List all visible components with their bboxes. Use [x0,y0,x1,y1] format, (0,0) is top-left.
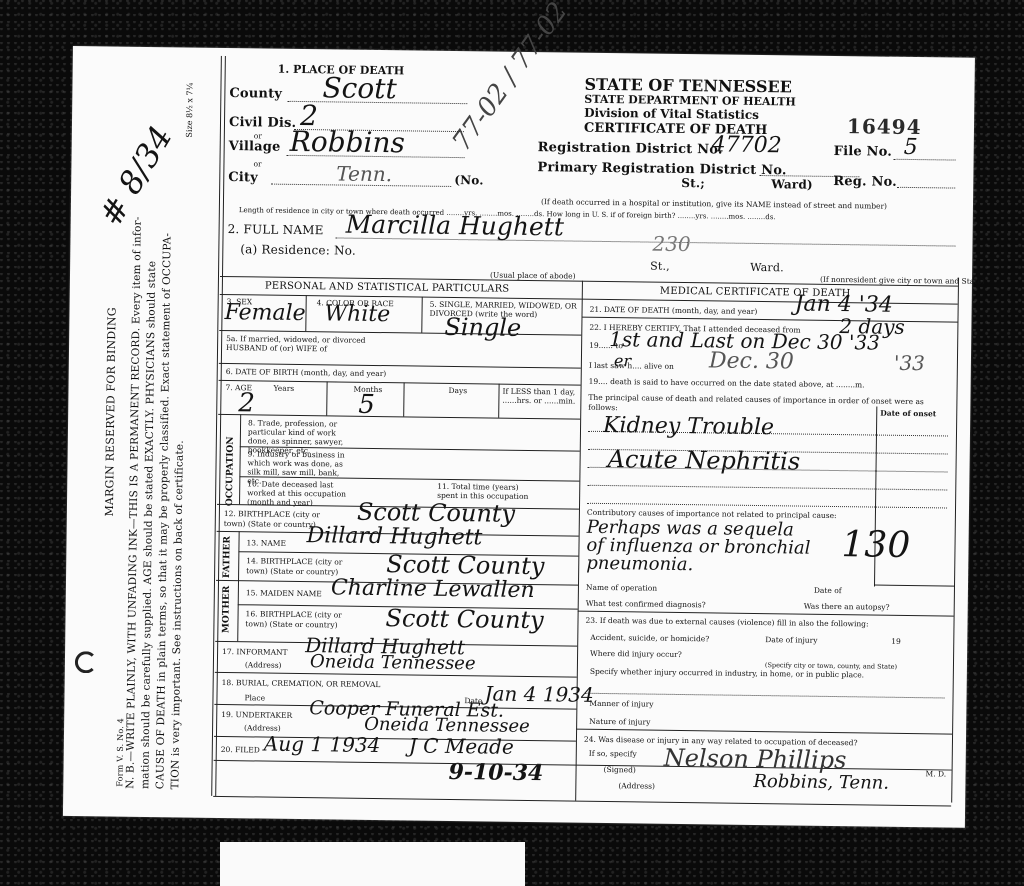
or-label: or [253,159,261,168]
filed-registrar: J C Meade [409,733,514,758]
residence-label: (a) Residence: No. [240,242,356,258]
father-name-value: Dillard Hughett [306,523,482,550]
informant-label: 17. INFORMANT [222,647,288,657]
reg-no-line [897,187,955,189]
divider [403,382,404,416]
injury-year-label: 19 [891,637,901,646]
divider [305,295,306,331]
filed-value: Aug 1 1934 [264,732,381,758]
city-value: Tenn. [336,161,392,186]
date-of-onset-label: Date of onset [880,409,936,419]
father-side-label: FATHER [222,536,233,578]
last-saw-year: '33 [894,351,925,375]
sex-value: Female [224,300,305,326]
file-no-value: 5 [904,135,918,160]
divider [326,381,327,415]
hospital-note: (If death occurred in a hospital or inst… [541,197,887,211]
physician-signature: Nelson Phillips [664,744,847,774]
burial-label: 18. BURIAL, CREMATION, OR REMOVAL [222,678,381,689]
signed-label: (Signed) [604,765,636,774]
full-name-label: 2. FULL NAME [228,222,324,237]
last-saw-label: I last saw h.... alive on [589,361,674,371]
mother-maiden-value: Charline Lewallen [331,575,535,603]
father-name-label: 13. NAME [246,538,286,548]
days-label: Days [448,386,467,395]
last-saw-gender: er [614,351,631,370]
mother-birthplace-label: 16. BIRTHPLACE (city or town) (State or … [245,609,355,630]
residence-ward-label: Ward. [750,261,784,274]
village-value: Robbins [290,125,406,160]
divider [421,297,422,333]
divider [576,729,952,735]
nature-label: Nature of injury [589,717,650,727]
informant-address-label: (Address) [245,660,282,669]
file-no-line [894,159,956,161]
frame-right [951,278,959,803]
certificate-title: CERTIFICATE OF DEATH [584,121,768,138]
spouse-label: 5a. If married, widowed, or divorced HUS… [226,334,376,354]
divider [498,384,499,418]
divider [582,299,958,305]
date-of-death-label: 21. DATE OF DEATH (month, day, and year) [590,305,758,316]
st-label: St.; [681,176,705,190]
race-value: White [324,301,390,327]
no-label: (No. [454,173,484,187]
file-no-label: File No. [834,144,893,160]
last-worked-label: 10. Date deceased last worked at this oc… [247,479,357,507]
filed-label: 20. FILED [221,745,260,755]
test-label: What test confirmed diagnosis? [586,599,706,610]
village-label: Village [229,139,281,155]
where-label: Where did injury occur? [590,649,682,659]
death-said-text: 19.... death is said to have occurred on… [589,377,949,391]
if-so-label: If so, specify [589,749,637,759]
mother-birthplace-value: Scott County [385,604,544,634]
ward-label: Ward) [771,177,813,192]
cause-2-value: Acute Nephritis [607,445,800,476]
divider [237,531,239,641]
informant-address-value: Oneida Tennessee [310,651,476,674]
primary-reg-label: Primary Registration District No. [537,160,786,178]
full-name-value: Marcilla Hughett [346,210,565,242]
margin-note: MARGIN RESERVED FOR BINDING [103,307,119,516]
county-label: County [229,86,282,102]
residence-mark: 230 [652,232,690,256]
personal-title: PERSONAL AND STATISTICAL PARTICULARS [265,281,510,295]
operation-date-label: Date of [814,586,842,595]
civil-dis-label: Civil Dis. [229,115,297,131]
reg-district-label: Registration District No. [538,140,723,157]
dob-label: 6. DATE OF BIRTH (month, day, and year) [226,367,387,378]
years-label: Years [273,384,294,393]
column-divider [575,281,583,801]
frame-bottom [213,796,951,807]
injury-date-label: Date of injury [765,635,817,645]
divider [239,414,241,504]
physician-address-label: (Address) [618,781,655,790]
marital-value: Single [444,313,521,342]
size-note: Size 8½ x 7¼ [185,83,195,138]
cause-1-value: Kidney Trouble [603,413,774,440]
specify-line [585,693,945,699]
manner-label: Manner of injury [589,699,653,709]
paper-slip [220,842,525,886]
accident-label: Accident, suicide, or homicide? [590,633,709,644]
last-saw-value: Dec. 30 [709,348,794,374]
mother-maiden-label: 15. MAIDEN NAME [246,588,322,598]
father-birthplace-label: 14. BIRTHPLACE (city or town) (State or … [246,556,356,577]
md-label: M. D. [925,769,946,778]
physician-address-value: Robbins, Tenn. [753,771,889,794]
external-causes-label: 23. If death was due to external causes … [585,616,868,629]
residence-st-label: St., [650,260,670,273]
division: Division of Vital Statistics [584,106,759,122]
burial-place-label: Place [244,693,265,702]
reg-no-label: Reg. No. [833,174,897,190]
less-label: If LESS than 1 day, ......hrs. or ......… [502,387,577,406]
city-label: City [228,170,258,185]
cause-line [587,485,947,491]
divider [874,585,954,587]
divider [220,294,582,300]
county-value: Scott [322,71,397,105]
operation-label: Name of operation [586,583,657,593]
undertaker-label: 19. UNDERTAKER [221,710,292,720]
autopsy-label: Was there an autopsy? [804,602,890,612]
punch-hole-icon [75,651,97,673]
death-certificate: Form V. S. No. 4 N. B.—WRITE PLAINLY, WI… [63,46,975,828]
contributory-3: pneumonia. [586,553,693,575]
occupation-side-label: OCCUPATION [225,436,236,506]
mother-side-label: MOTHER [221,586,232,633]
classification-code: 130 [841,524,910,566]
